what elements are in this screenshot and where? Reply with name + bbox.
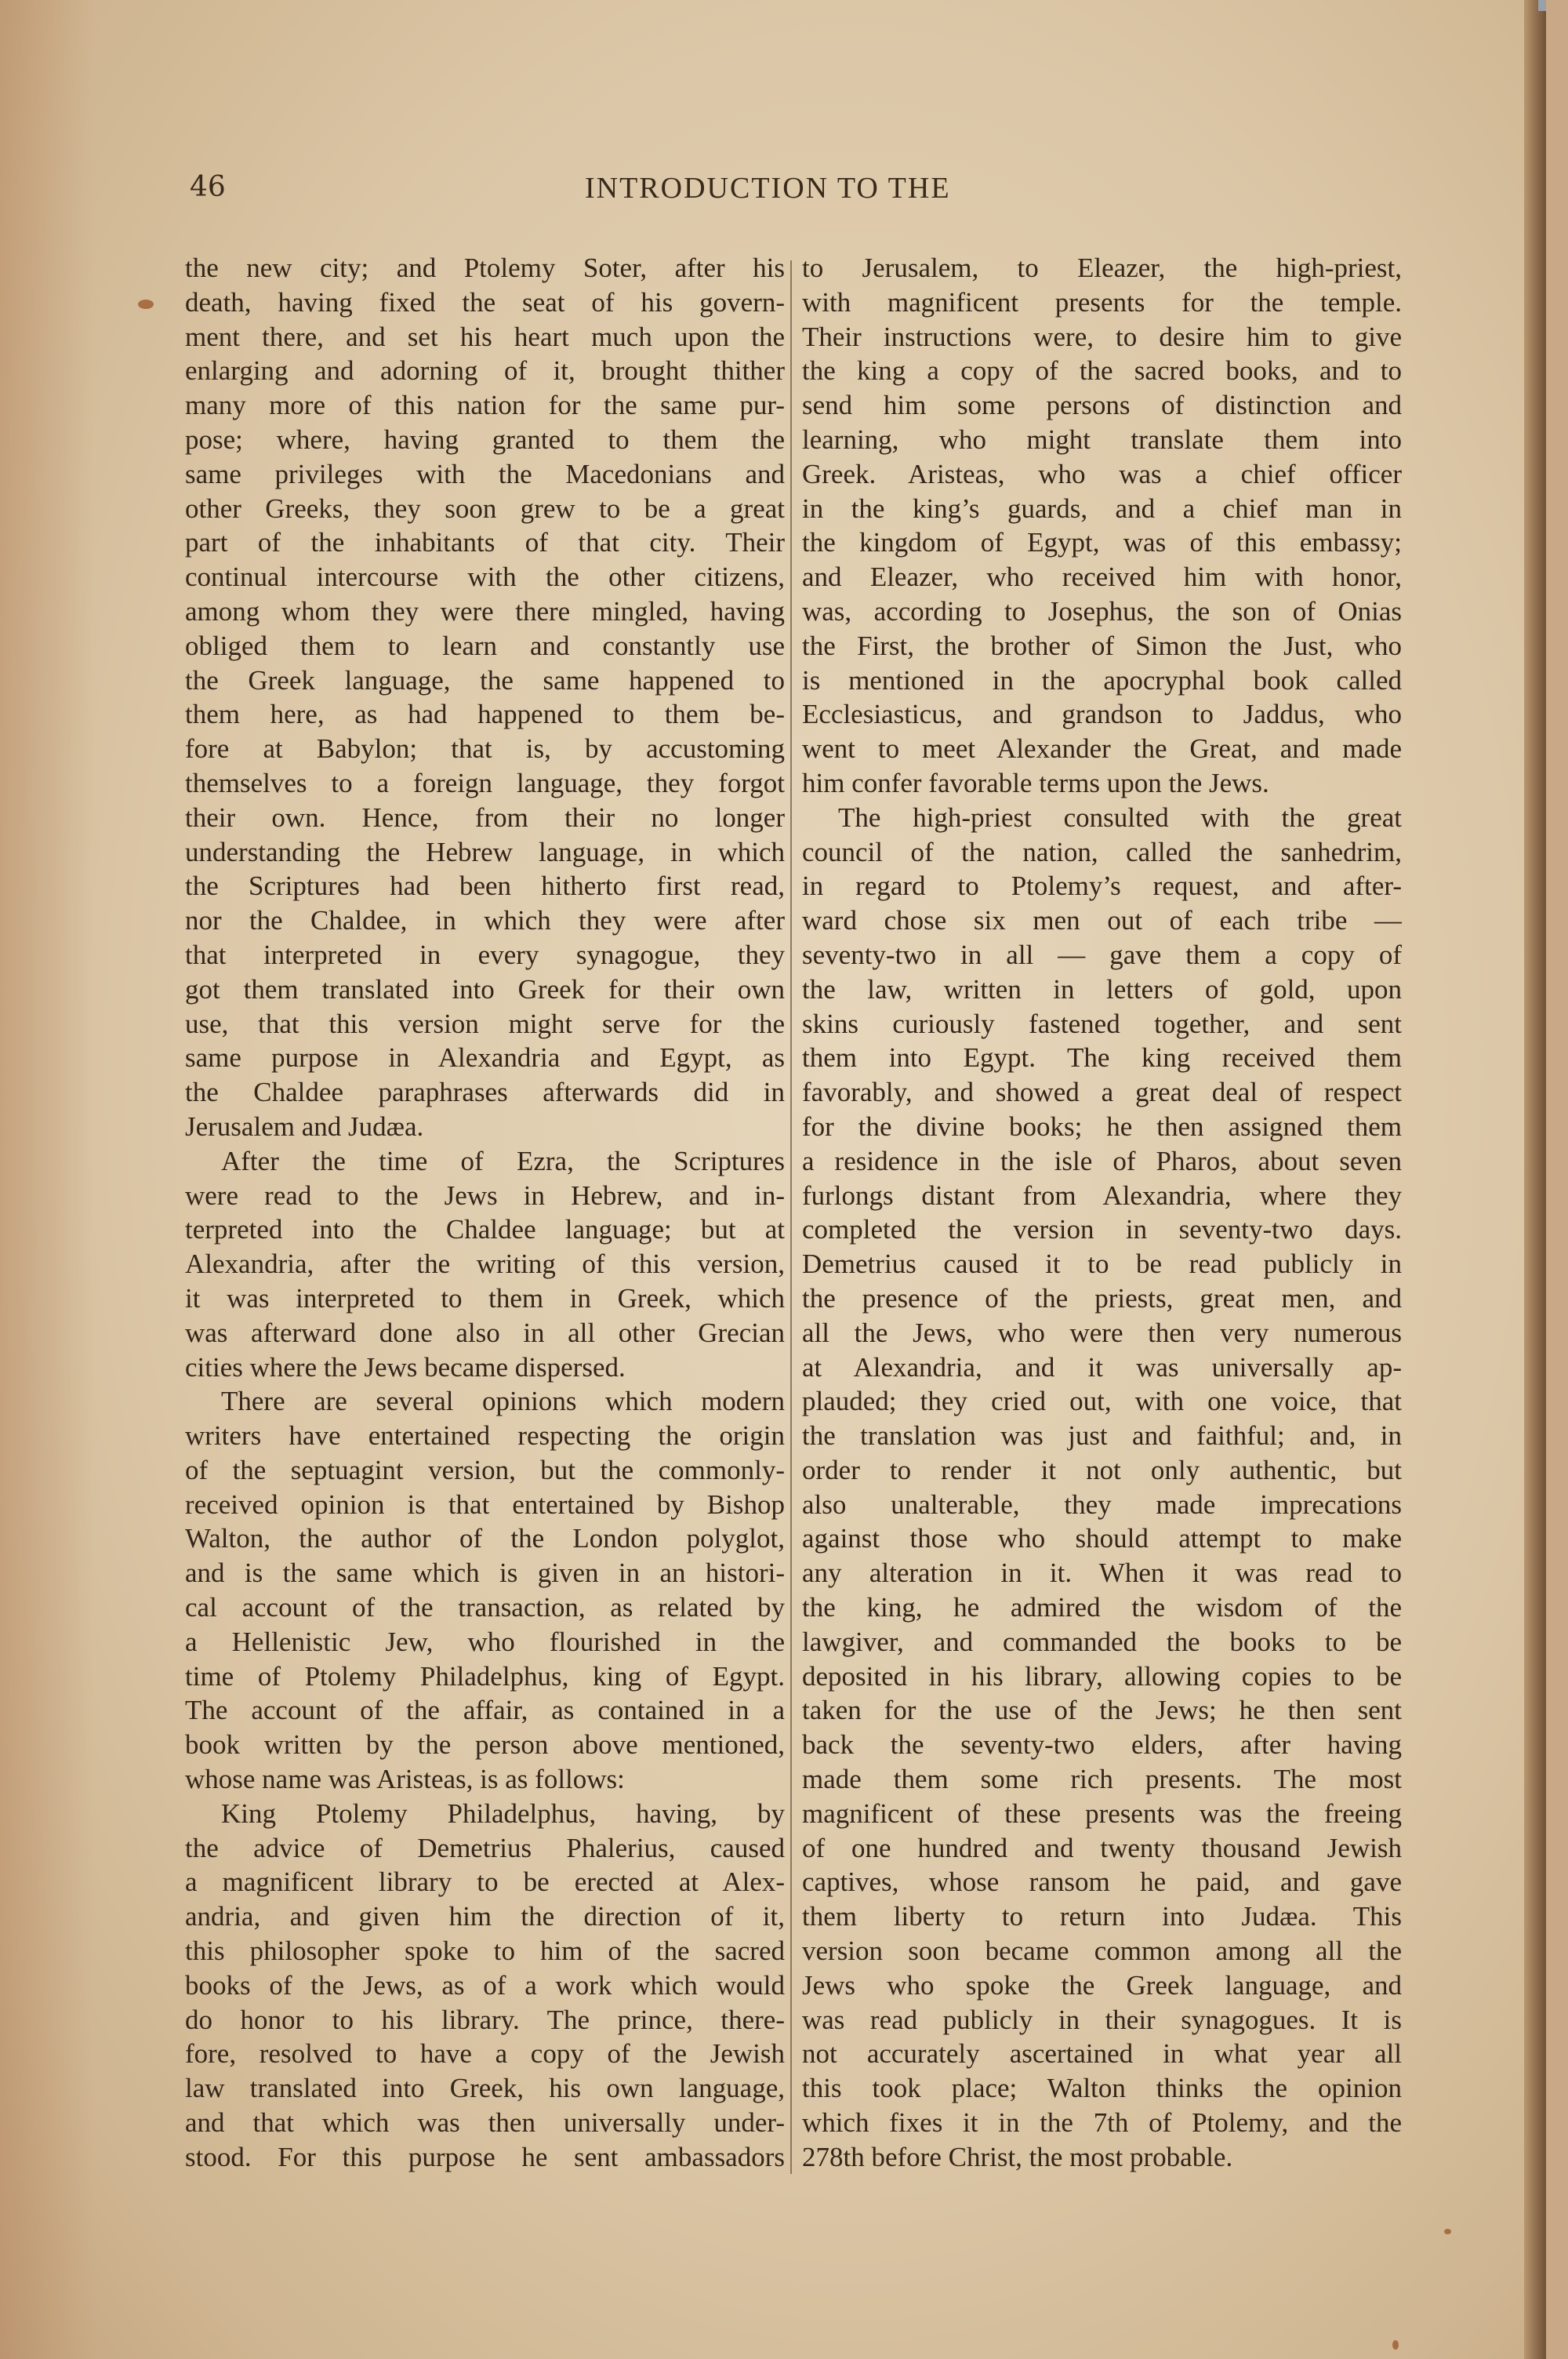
text-line: which fixes it in the 7th of Ptolemy, an… [802,2106,1402,2140]
text-line: to Jerusalem, to Eleazer, the high-pries… [802,251,1402,285]
text-line: Walton, the author of the London polyglo… [185,1521,785,1556]
text-line: plauded; they cried out, with one voice,… [802,1384,1402,1419]
text-line: back the seventy-two elders, after havin… [802,1728,1402,1762]
text-line: After the time of Ezra, the Scriptures [185,1144,785,1179]
text-line: send him some persons of distinction and [802,388,1402,423]
page-number: 46 [190,171,226,203]
text-line: was afterward done also in all other Gre… [185,1316,785,1350]
ink-spot [138,300,154,309]
running-head: INTRODUCTION TO THE [585,171,951,205]
text-line: use, that this version might serve for t… [185,1007,785,1041]
text-line: that interpreted in every synagogue, the… [185,938,785,972]
text-line: is mentioned in the apocryphal book call… [802,663,1402,698]
text-line: captives, whose ransom he paid, and gave [802,1865,1402,1899]
text-line: cal account of the transaction, as relat… [185,1590,785,1625]
text-line: the First, the brother of Simon the Just… [802,629,1402,663]
text-line: favorably, and showed a great deal of re… [802,1075,1402,1110]
text-line: were read to the Jews in Hebrew, and in- [185,1179,785,1213]
text-line: fore, resolved to have a copy of the Jew… [185,2037,785,2071]
text-line: for the divine books; he then assigned t… [802,1110,1402,1144]
text-line: this took place; Walton thinks the opini… [802,2071,1402,2106]
text-line: 278th before Christ, the most probable. [802,2140,1402,2175]
text-line: book written by the person above mention… [185,1728,785,1762]
text-line: other Greeks, they soon grew to be a gre… [185,492,785,526]
text-line: ward chose six men out of each tribe — [802,903,1402,938]
text-line: in the king’s guards, and a chief man in [802,492,1402,526]
text-line: the Greek language, the same happened to [185,663,785,698]
text-line: Alexandria, after the writing of this ve… [185,1247,785,1281]
text-line: the advice of Demetrius Phalerius, cause… [185,1831,785,1866]
text-line: lawgiver, and commanded the books to be [802,1625,1402,1659]
text-line: version soon became common among all the [802,1934,1402,1968]
text-line: King Ptolemy Philadelphus, having, by [185,1797,785,1831]
text-line: taken for the use of the Jews; he then s… [802,1693,1402,1728]
text-line: the king a copy of the sacred books, and… [802,354,1402,388]
text-line: them here, as had happened to them be- [185,697,785,732]
text-line: at Alexandria, and it was universally ap… [802,1350,1402,1385]
text-line: andria, and given him the direction of i… [185,1899,785,1934]
text-line: same privileges with the Macedonians and [185,457,785,492]
text-line: with magnificent presents for the temple… [802,285,1402,320]
background-sliver [1538,0,1546,11]
text-line: of one hundred and twenty thousand Jewis… [802,1831,1402,1866]
text-line: magnificent of these presents was the fr… [802,1797,1402,1831]
text-line: was, according to Josephus, the son of O… [802,594,1402,629]
text-line: order to render it not only authentic, b… [802,1453,1402,1488]
text-line: books of the Jews, as of a work which wo… [185,1968,785,2003]
text-line: Their instructions were, to desire him t… [802,320,1402,354]
text-line: Greek. Aristeas, who was a chief officer [802,457,1402,492]
text-line: Demetrius caused it to be read publicly … [802,1247,1402,1281]
text-line: all the Jews, who were then very numerou… [802,1316,1402,1350]
text-line: understanding the Hebrew language, in wh… [185,835,785,870]
ink-spot [1392,2340,1399,2350]
text-line: a magnificent library to be erected at A… [185,1865,785,1899]
text-line: learning, who might translate them into [802,423,1402,457]
text-line: Jews who spoke the Greek language, and [802,1968,1402,2003]
text-line: cities where the Jews became dispersed. [185,1350,785,1385]
text-line: and is the same which is given in an his… [185,1556,785,1590]
text-line: the presence of the priests, great men, … [802,1281,1402,1316]
text-line: and that which was then universally unde… [185,2106,785,2140]
text-line: continual intercourse with the other cit… [185,560,785,594]
text-line: deposited in his library, allowing copie… [802,1659,1402,1694]
text-line: The account of the affair, as contained … [185,1693,785,1728]
text-line: council of the nation, called the sanhed… [802,835,1402,870]
text-line: whose name was Aristeas, is as follows: [185,1762,785,1797]
right-column: to Jerusalem, to Eleazer, the high-pries… [802,251,1402,2175]
text-line: any alteration in it. When it was read t… [802,1556,1402,1590]
text-line: the Chaldee paraphrases afterwards did i… [185,1075,785,1110]
text-line: him confer favorable terms upon the Jews… [802,766,1402,801]
text-line: it was interpreted to them in Greek, whi… [185,1281,785,1316]
text-line: skins curiously fastened together, and s… [802,1007,1402,1041]
text-line: the king, he admired the wisdom of the [802,1590,1402,1625]
text-line: their own. Hence, from their no longer [185,801,785,835]
text-line: obliged them to learn and constantly use [185,629,785,663]
text-line: this philosopher spoke to him of the sac… [185,1934,785,1968]
text-line: ment there, and set his heart much upon … [185,320,785,354]
text-line: part of the inhabitants of that city. Th… [185,525,785,560]
text-line: law translated into Greek, his own langu… [185,2071,785,2106]
text-line: of the septuagint version, but the commo… [185,1453,785,1488]
text-line: went to meet Alexander the Great, and ma… [802,732,1402,766]
text-line: completed the version in seventy-two day… [802,1212,1402,1247]
text-line: made them some rich presents. The most [802,1762,1402,1797]
text-line: time of Ptolemy Philadelphus, king of Eg… [185,1659,785,1694]
text-line: and Eleazer, who received him with honor… [802,560,1402,594]
text-line: seventy-two in all — gave them a copy of [802,938,1402,972]
text-line: The high-priest consulted with the great [802,801,1402,835]
ink-spot [1444,2229,1451,2234]
column-rule [790,260,792,2174]
text-line: nor the Chaldee, in which they were afte… [185,903,785,938]
text-line: the new city; and Ptolemy Soter, after h… [185,251,785,285]
text-line: themselves to a foreign language, they f… [185,766,785,801]
text-line: them liberty to return into Judæa. This [802,1899,1402,1934]
left-column: the new city; and Ptolemy Soter, after h… [185,251,785,2175]
text-line: Jerusalem and Judæa. [185,1110,785,1144]
page-shading [0,0,94,2359]
text-line: the translation was just and faithful; a… [802,1419,1402,1453]
text-line: writers have entertained respecting the … [185,1419,785,1453]
text-line: many more of this nation for the same pu… [185,388,785,423]
text-line: got them translated into Greek for their… [185,972,785,1007]
book-page: 46 INTRODUCTION TO THE the new city; and… [0,0,1546,2359]
text-line: same purpose in Alexandria and Egypt, as [185,1041,785,1075]
text-line: the law, written in letters of gold, upo… [802,972,1402,1007]
text-line: against those who should attempt to make [802,1521,1402,1556]
text-line: a residence in the isle of Pharos, about… [802,1144,1402,1179]
text-line: a Hellenistic Jew, who flourished in the [185,1625,785,1659]
text-line: fore at Babylon; that is, by accustoming [185,732,785,766]
text-line: them into Egypt. The king received them [802,1041,1402,1075]
text-line: stood. For this purpose he sent ambassad… [185,2140,785,2175]
text-line: There are several opinions which modern [185,1384,785,1419]
text-line: the Scriptures had been hitherto first r… [185,869,785,903]
text-line: do honor to his library. The prince, the… [185,2003,785,2037]
page-edge [1524,0,1546,2359]
text-line: death, having fixed the seat of his gove… [185,285,785,320]
text-line: among whom they were there mingled, havi… [185,594,785,629]
text-line: received opinion is that entertained by … [185,1488,785,1522]
page-header: 46 INTRODUCTION TO THE [187,171,1410,210]
text-line: terpreted into the Chaldee language; but… [185,1212,785,1247]
text-line: also unalterable, they made imprecations [802,1488,1402,1522]
text-line: Ecclesiasticus, and grandson to Jaddus, … [802,697,1402,732]
text-line: enlarging and adorning of it, brought th… [185,354,785,388]
text-line: pose; where, having granted to them the [185,423,785,457]
text-line: was read publicly in their synagogues. I… [802,2003,1402,2037]
text-line: not accurately ascertained in what year … [802,2037,1402,2071]
text-line: furlongs distant from Alexandria, where … [802,1179,1402,1213]
text-line: in regard to Ptolemy’s request, and afte… [802,869,1402,903]
text-line: the kingdom of Egypt, was of this embass… [802,525,1402,560]
